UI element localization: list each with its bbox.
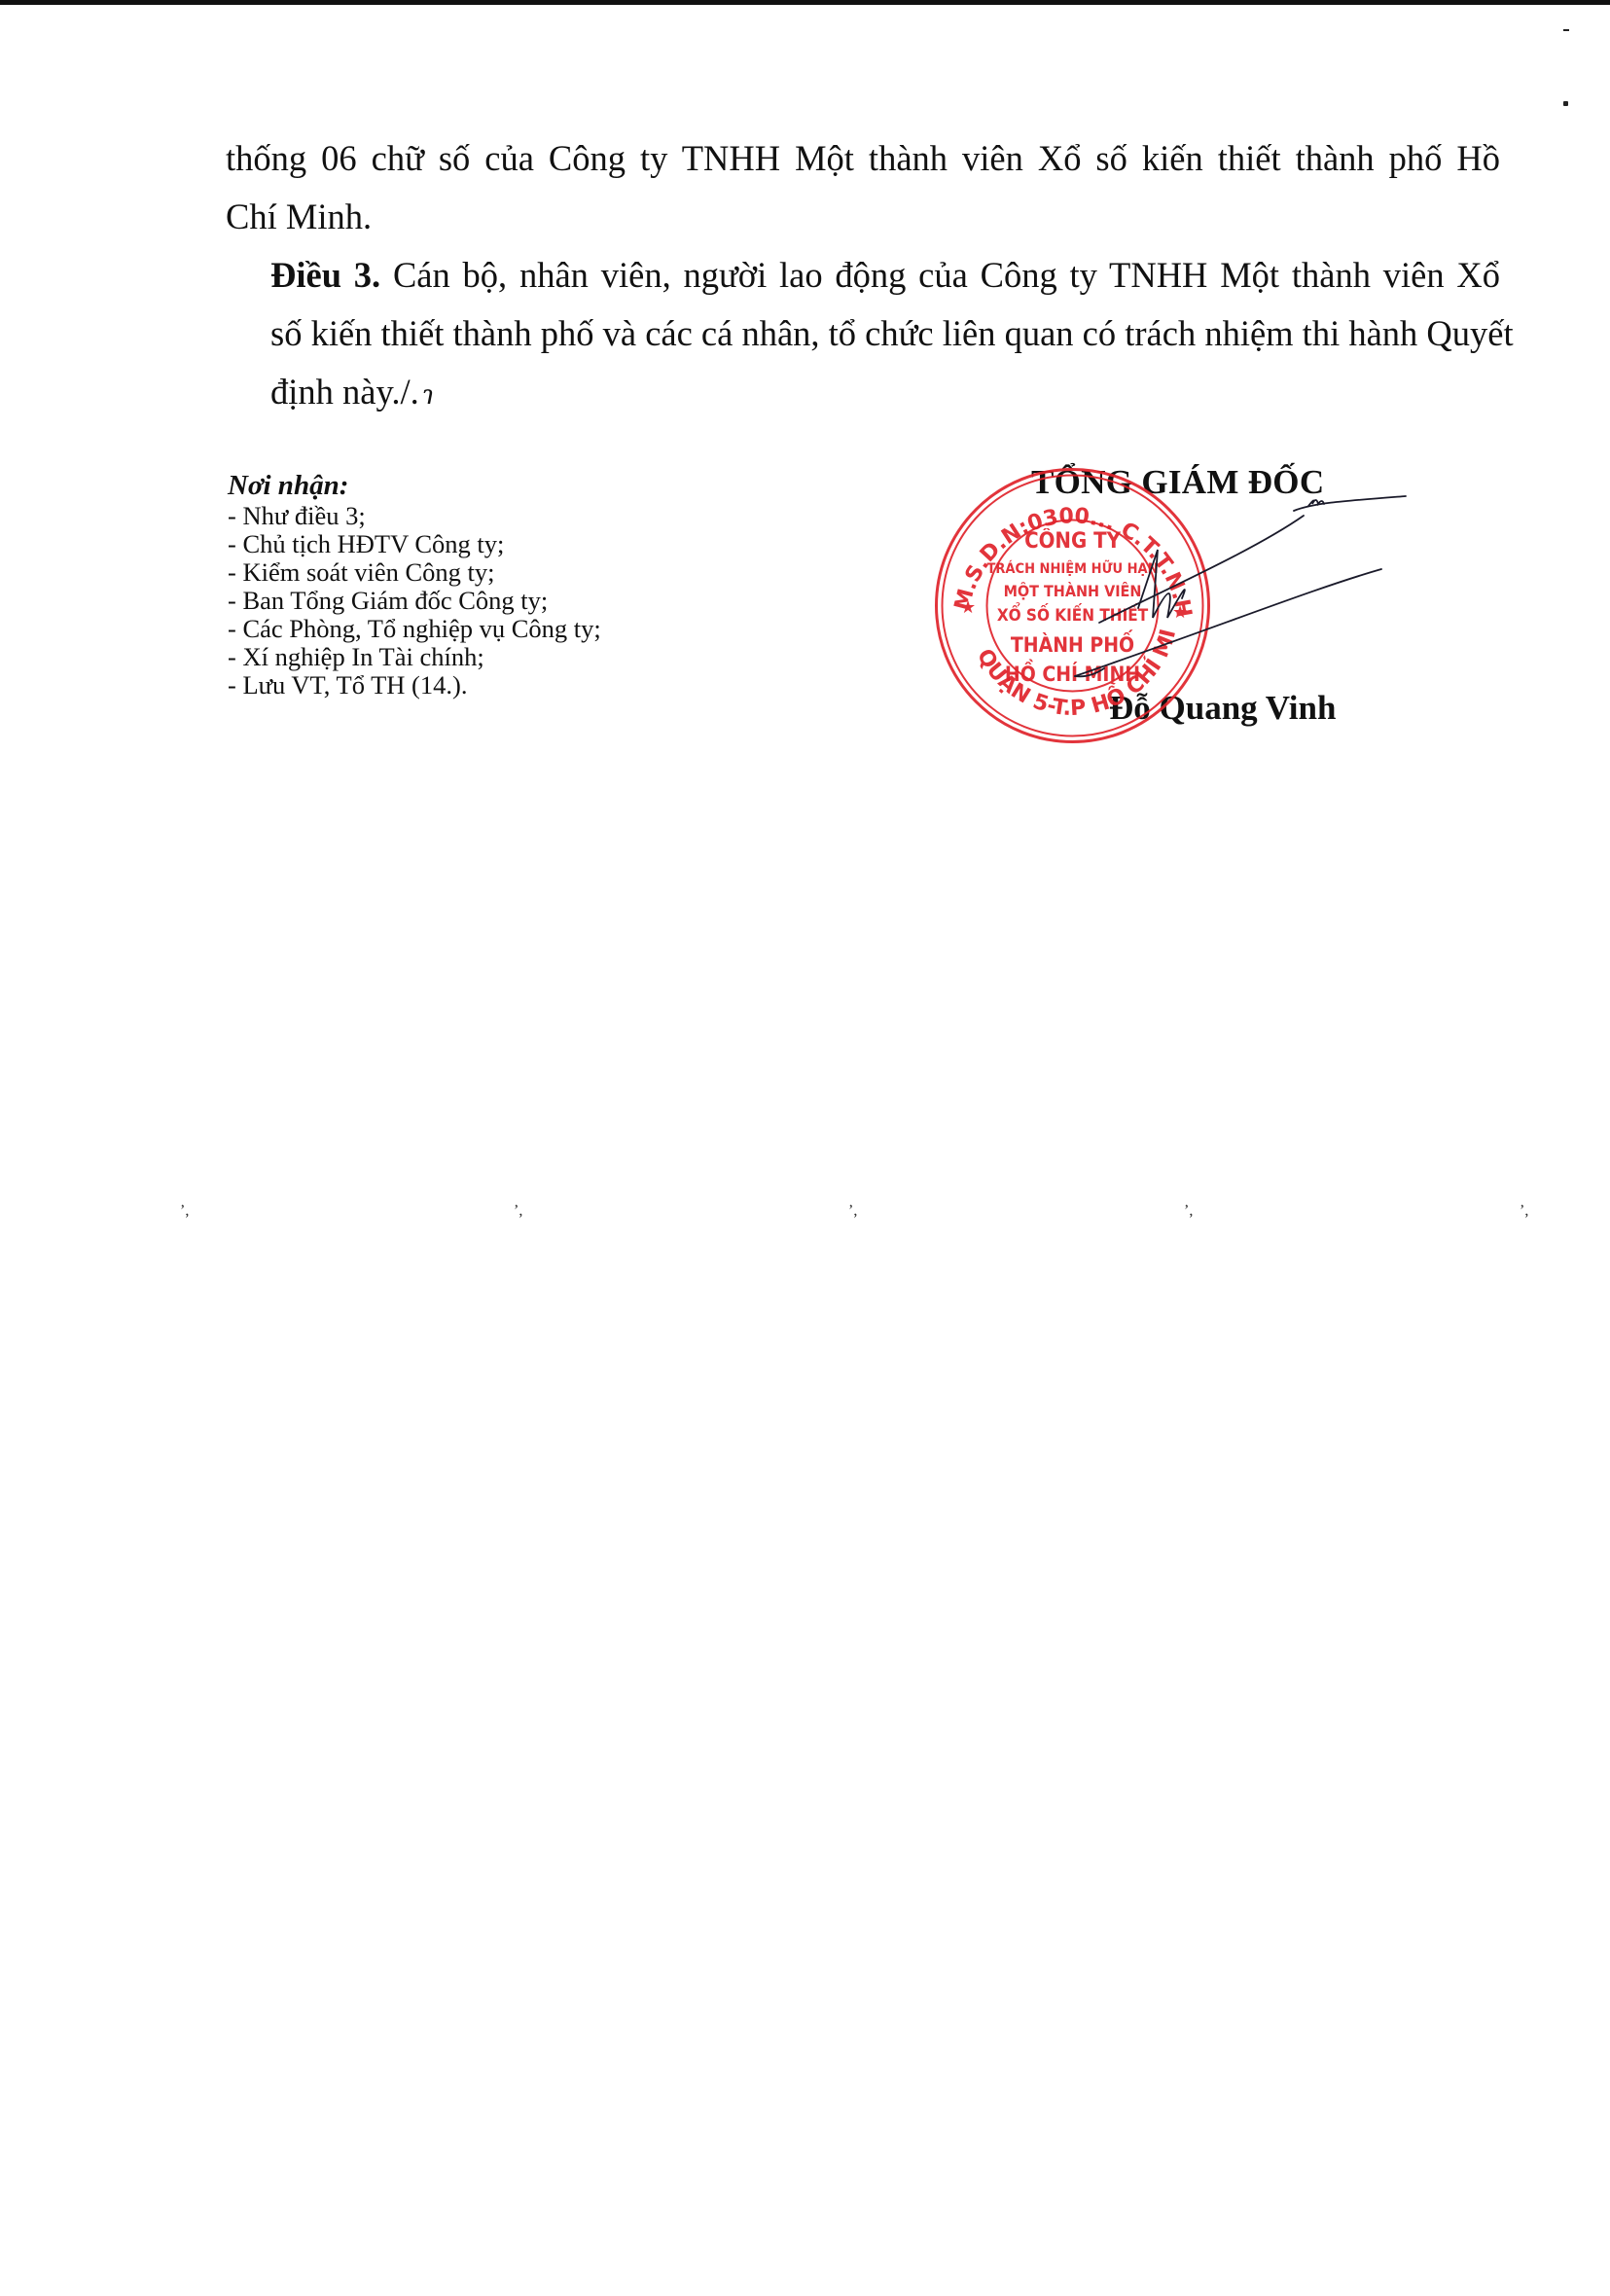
handwritten-signature xyxy=(1021,482,1411,705)
text-line: định này./. xyxy=(270,372,419,412)
scan-mark: ʼ, xyxy=(1520,1202,1528,1220)
scan-mark xyxy=(1563,29,1569,31)
text-line: thống 06 chữ số của Công ty TNHH Một thà… xyxy=(226,129,1500,188)
article-3: Điều 3. Cán bộ, nhân viên, người lao độn… xyxy=(226,246,1500,424)
text-line: số kiến thiết thành phố và các cá nhân, … xyxy=(226,305,1500,363)
text-line: Cán bộ, nhân viên, người lao động của Cô… xyxy=(380,255,1500,295)
recipient-item: - Xí nghiệp In Tài chính; xyxy=(228,643,601,671)
scan-mark: ʼ, xyxy=(1184,1202,1193,1220)
recipient-item: - Ban Tổng Giám đốc Công ty; xyxy=(228,587,601,615)
text-line: Chí Minh. xyxy=(226,188,1500,246)
svg-text:★: ★ xyxy=(960,597,976,618)
scan-top-border xyxy=(0,0,1610,5)
recipient-item: - Lưu VT, Tổ TH (14.). xyxy=(228,671,601,700)
recipient-item: - Như điều 3; xyxy=(228,502,601,530)
recipient-item: - Các Phòng, Tổ nghiệp vụ Công ty; xyxy=(228,615,601,643)
recipient-item: - Kiểm soát viên Công ty; xyxy=(228,558,601,587)
article-label: Điều 3. xyxy=(270,255,380,295)
recipient-item: - Chủ tịch HĐTV Công ty; xyxy=(228,530,601,558)
recipients-list: Nơi nhận: - Như điều 3; - Chủ tịch HĐTV … xyxy=(228,472,601,700)
scan-mark: ʼ, xyxy=(180,1202,189,1220)
paragraph-continuation: thống 06 chữ số của Công ty TNHH Một thà… xyxy=(226,129,1500,246)
scan-mark xyxy=(1563,101,1568,106)
scan-mark: ʼ, xyxy=(514,1202,522,1220)
recipients-heading: Nơi nhận: xyxy=(228,472,601,500)
handwritten-initial: ɿ xyxy=(422,378,435,411)
scan-mark: ʼ, xyxy=(848,1202,857,1220)
